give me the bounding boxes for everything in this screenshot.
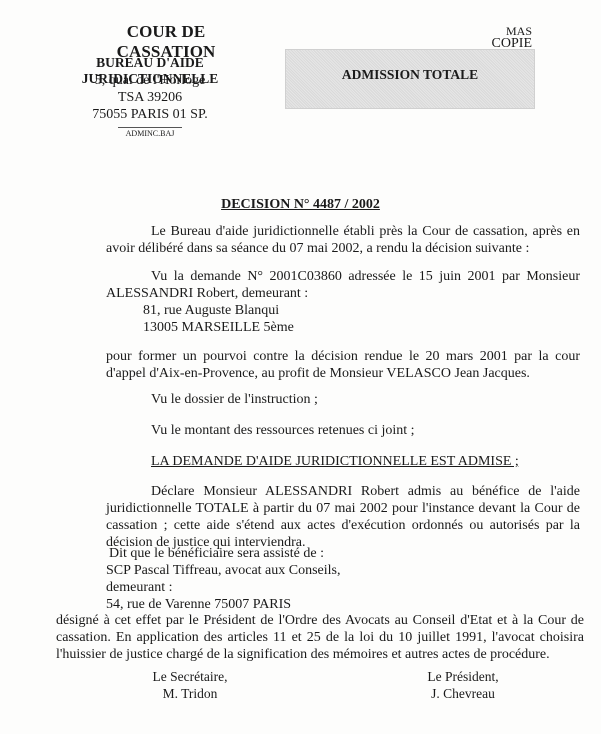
address-line: 81, rue Auguste Blanqui [143,302,294,319]
assisted-line: demeurant : [106,579,341,596]
bureau-address: 5, quai de l'Horloge TSA 39206 75055 PAR… [30,72,270,123]
assisted-line: SCP Pascal Tiffreau, avocat aux Conseils… [106,562,341,579]
reference-code: ADMINC.BAJ [118,127,182,138]
secretary-signature: Le Secrétaire, M. Tridon [120,668,260,702]
address-line: 75055 PARIS 01 SP. [30,106,270,123]
stamp-label: ADMISSION TOTALE [286,67,534,83]
ruling-statement: LA DEMANDE D'AIDE JURIDICTIONNELLE EST A… [151,453,519,470]
address-line: 5, quai de l'Horloge [30,72,270,89]
considered-1: Vu le dossier de l'instruction ; [151,391,318,408]
president-name: J. Chevreau [393,685,533,702]
decision-title-text: DECISION N° 4487 / 2002 [221,197,380,212]
assisted-line: Dit que le bénéficiaire sera assisté de … [106,545,341,562]
admission-stamp: ADMISSION TOTALE [285,49,535,109]
intro-paragraph: Le Bureau d'aide juridictionnelle établi… [106,223,580,257]
considered-2: Vu le montant des ressources retenues ci… [151,422,415,439]
address-line: TSA 39206 [30,89,270,106]
closing-paragraph: désigné à cet effet par le Président de … [56,612,584,663]
request-paragraph: Vu la demande N° 2001C03860 adressée le … [106,268,580,302]
secretary-name: M. Tridon [120,685,260,702]
president-title: Le Président, [393,668,533,685]
assisted-block: Dit que le bénéficiaire sera assisté de … [106,545,341,613]
secretary-title: Le Secrétaire, [120,668,260,685]
declaration-paragraph: Déclare Monsieur ALESSANDRI Robert admis… [106,483,580,551]
applicant-address: 81, rue Auguste Blanqui 13005 MARSEILLE … [143,302,294,336]
decision-title: DECISION N° 4487 / 2002 [0,197,601,213]
assisted-line: 54, rue de Varenne 75007 PARIS [106,596,341,613]
purpose-paragraph: pour former un pourvoi contre la décisio… [106,348,580,382]
address-line: 13005 MARSEILLE 5ème [143,319,294,336]
president-signature: Le Président, J. Chevreau [393,668,533,702]
